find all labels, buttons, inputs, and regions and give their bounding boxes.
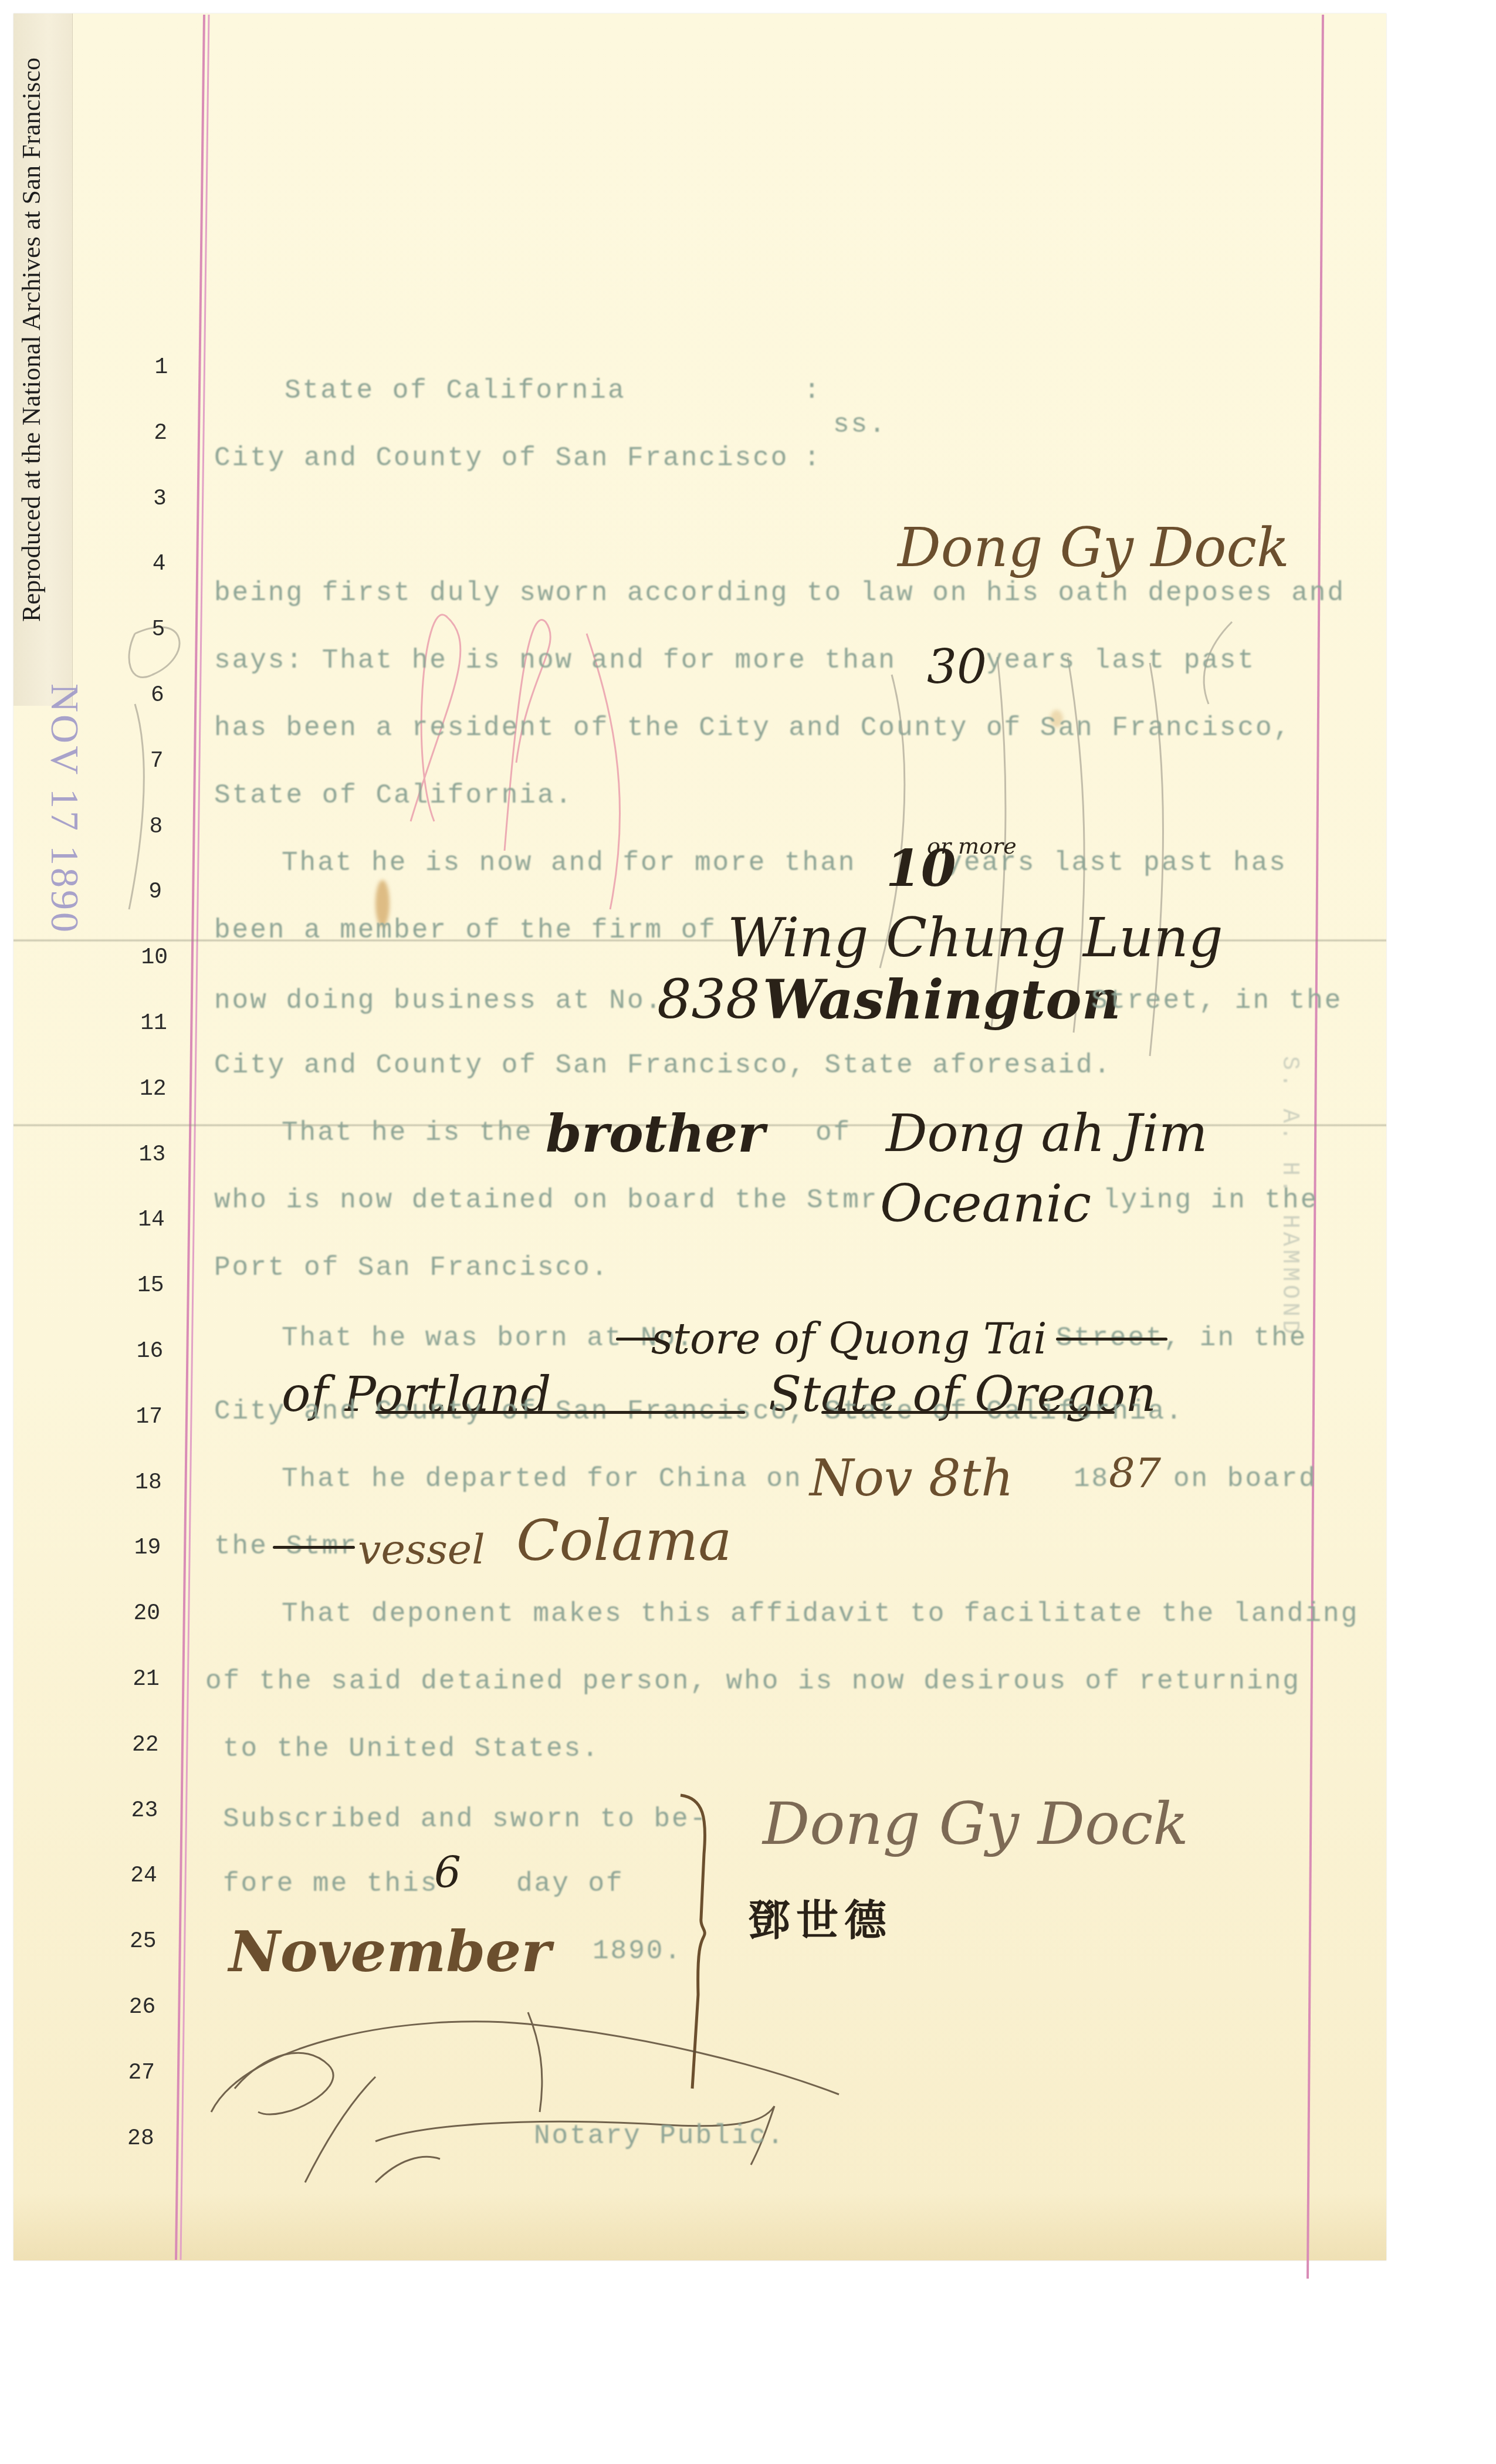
typed-line: says: That he is now and for more than y… bbox=[214, 645, 1255, 676]
typed-line: 1890. bbox=[593, 1936, 682, 1967]
line-number: 15 bbox=[130, 1273, 171, 1298]
line-number: 18 bbox=[128, 1470, 169, 1495]
signature-bracket bbox=[681, 1795, 705, 2089]
years-member-note: or more bbox=[927, 833, 1017, 859]
typed-line: Port of San Francisco. bbox=[214, 1253, 609, 1283]
line-number: 17 bbox=[128, 1404, 170, 1430]
strike-through bbox=[375, 1411, 745, 1414]
typed-line: been a member of the firm of bbox=[214, 915, 717, 946]
vessel-prefix: vessel bbox=[358, 1525, 485, 1573]
line-number: 9 bbox=[135, 879, 176, 905]
line-number: 23 bbox=[124, 1798, 165, 1823]
typed-line: City and County of San Francisco, State … bbox=[214, 1050, 1112, 1081]
typed-line: 18 bbox=[1074, 1464, 1109, 1494]
line-number: 11 bbox=[133, 1011, 174, 1036]
years-resident: 30 bbox=[927, 639, 987, 694]
line-number: 1 bbox=[141, 355, 182, 380]
typed-line: State of California. bbox=[214, 780, 573, 811]
line-number: 19 bbox=[127, 1535, 168, 1561]
line-number: 6 bbox=[137, 683, 178, 708]
typed-line: who is now detained on board the Stmr. bbox=[214, 1185, 896, 1216]
departure-year: 87 bbox=[1109, 1449, 1161, 1497]
line-number: 5 bbox=[138, 617, 179, 642]
line-number: 7 bbox=[136, 749, 177, 774]
line-number: 26 bbox=[122, 1995, 163, 2020]
typed-line: to the United States. bbox=[223, 1734, 600, 1764]
received-date-stamp: NOV 17 1890 bbox=[42, 683, 88, 935]
line-number: 27 bbox=[121, 2060, 162, 2086]
line-number: 10 bbox=[134, 945, 175, 970]
steamer-name: Oceanic bbox=[880, 1173, 1091, 1234]
venue-colon: : bbox=[804, 443, 822, 473]
line-number: 14 bbox=[131, 1207, 172, 1233]
day: 6 bbox=[434, 1848, 461, 1897]
typed-line: That he is now and for more than years l… bbox=[282, 848, 1287, 878]
line-number: 22 bbox=[125, 1732, 166, 1758]
strike-through bbox=[1056, 1338, 1167, 1341]
line-number: 4 bbox=[138, 551, 180, 577]
typed-line: That deponent makes this affidavit to fa… bbox=[282, 1599, 1359, 1629]
line-number: 12 bbox=[133, 1077, 174, 1102]
notary-signature-flourish bbox=[211, 2012, 839, 2182]
line-number: 24 bbox=[123, 1863, 164, 1888]
notary-title: Notary Public. bbox=[534, 2121, 785, 2151]
affiant-name: Dong Gy Dock bbox=[898, 516, 1289, 579]
relationship: brother bbox=[546, 1103, 765, 1164]
typed-line: Subscribed and sworn to be- bbox=[223, 1804, 708, 1835]
detained-person: Dong ah Jim bbox=[886, 1103, 1208, 1163]
line-number: 20 bbox=[126, 1601, 167, 1626]
typed-line: day of bbox=[516, 1869, 624, 1899]
typed-line: That he is the bbox=[282, 1118, 533, 1148]
typed-line: being first duly sworn according to law … bbox=[214, 578, 1345, 608]
line-number: 8 bbox=[136, 814, 177, 840]
typed-line: fore me this bbox=[223, 1869, 438, 1899]
vessel-name: Colama bbox=[516, 1508, 732, 1573]
typed-line: now doing business at No. bbox=[214, 986, 663, 1016]
typed-line: lying in the bbox=[1103, 1185, 1318, 1216]
month: November bbox=[229, 1918, 551, 1985]
line-number: 28 bbox=[120, 2126, 161, 2151]
venue-ss: ss. bbox=[833, 409, 887, 440]
strike-through bbox=[273, 1546, 355, 1549]
line-number: 3 bbox=[139, 486, 180, 512]
typed-line: on board bbox=[1173, 1464, 1317, 1494]
typed-line: has been a resident of the City and Coun… bbox=[214, 713, 1291, 743]
firm-name: Wing Chung Lung bbox=[727, 906, 1223, 969]
street-name: Washington bbox=[763, 968, 1121, 1031]
birthplace: store of Quong Tai bbox=[651, 1314, 1047, 1363]
line-number: 16 bbox=[130, 1339, 171, 1364]
line-number: 21 bbox=[126, 1667, 167, 1692]
line-number: 25 bbox=[123, 1929, 164, 1954]
street-number: 838 bbox=[657, 968, 760, 1031]
venue-state: State of California bbox=[285, 375, 626, 406]
departure-date: Nov 8th bbox=[810, 1449, 1014, 1508]
typed-line: of bbox=[815, 1118, 851, 1148]
strike-through bbox=[821, 1411, 1115, 1414]
typed-line: Street, in the bbox=[1091, 986, 1342, 1016]
line-number: 2 bbox=[140, 421, 181, 446]
typed-line: of the said detained person, who is now … bbox=[205, 1666, 1301, 1697]
margin-rules bbox=[0, 0, 1496, 2464]
venue-county: City and County of San Francisco bbox=[214, 443, 788, 473]
typed-line: That he departed for China on bbox=[282, 1464, 803, 1494]
chinese-signature: 鄧世德 bbox=[748, 1886, 892, 1947]
affiant-signature: Dong Gy Dock bbox=[763, 1789, 1189, 1858]
venue-colon: : bbox=[804, 375, 822, 406]
line-number: 13 bbox=[131, 1142, 172, 1167]
